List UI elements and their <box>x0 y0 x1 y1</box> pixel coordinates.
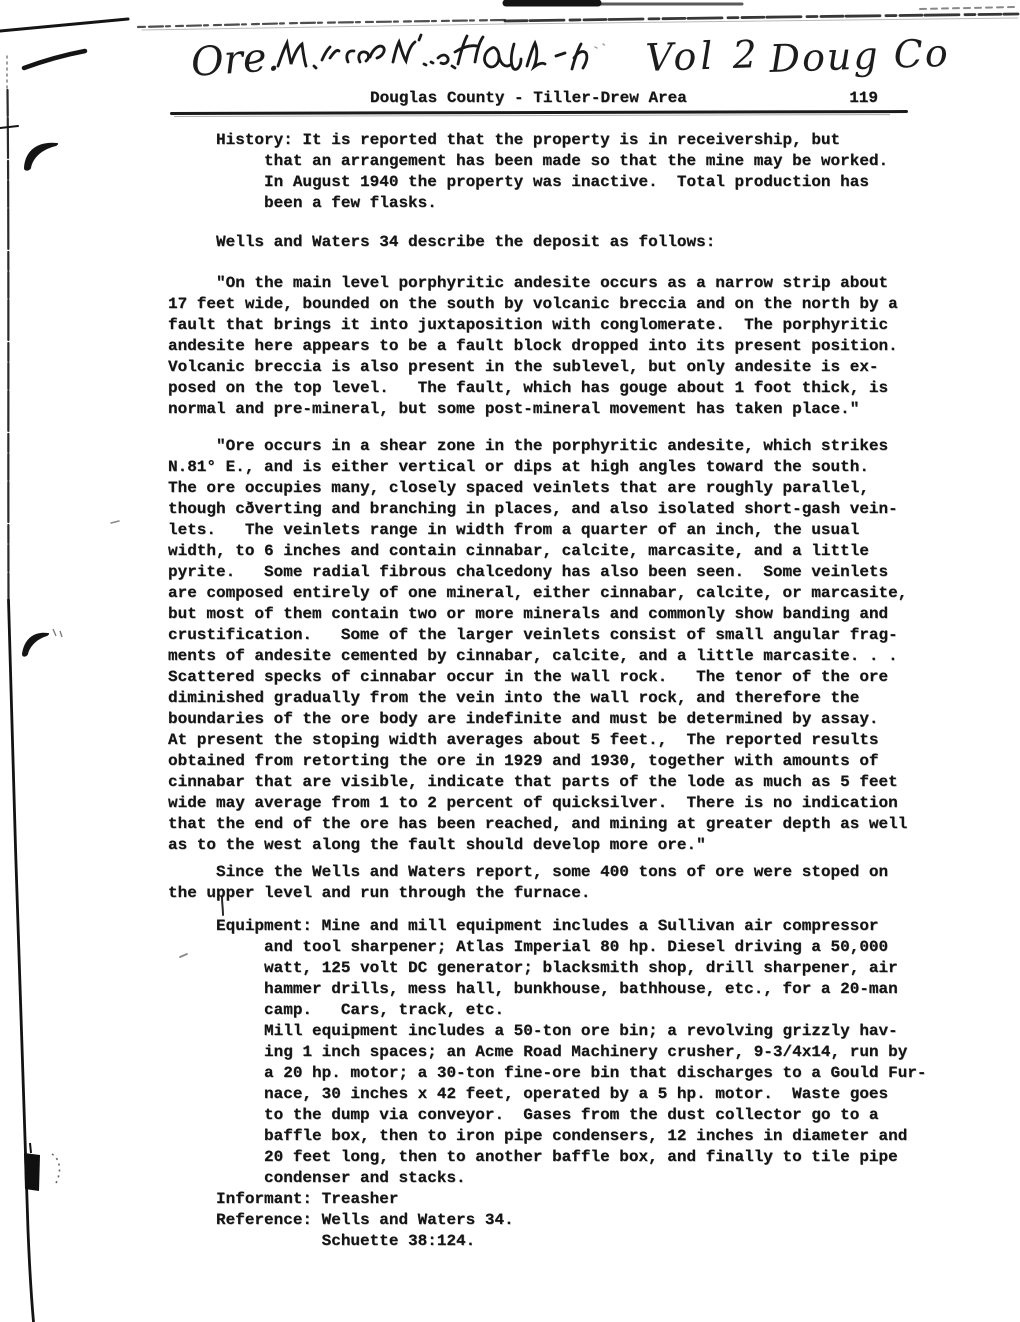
page-number: 119 <box>849 88 878 109</box>
quote-paragraph-geology: "On the main level porphyritic andesite … <box>168 273 958 420</box>
informant-line: Informant: Treasher <box>168 1189 958 1210</box>
handwritten-dash <box>24 51 85 68</box>
handwritten-scrawl <box>278 35 587 69</box>
left-edge-scan-line <box>0 56 119 1322</box>
handwritten-check-mark-middle <box>22 629 62 657</box>
quote-paragraph-ore: "Ore occurs in a shear zone in the porph… <box>168 436 958 856</box>
page-header: Douglas County - Tiller-Drew Area 119 <box>168 88 910 109</box>
ink-blob-mark <box>24 1143 59 1191</box>
top-edge-scan-streak <box>0 3 1018 31</box>
since-report-paragraph: Since the Wells and Waters report, some … <box>168 862 958 904</box>
wells-waters-intro: Wells and Waters 34 describe the deposit… <box>168 232 958 253</box>
handwritten-vol: Vol 2 <box>645 32 762 80</box>
handwritten-county: Doug Co <box>768 31 951 81</box>
equipment-paragraph: Equipment: Mine and mill equipment inclu… <box>168 916 958 1189</box>
history-paragraph: History: It is reported that the propert… <box>168 130 958 214</box>
scanned-document-page: Ore. Vol 2 Doug Co Do <box>0 0 1020 1322</box>
page-header-title: Douglas County - Tiller-Drew Area <box>370 88 687 109</box>
handwritten-check-mark-top <box>24 143 58 171</box>
handwritten-ore: Ore. <box>189 34 280 86</box>
header-underline <box>170 110 908 115</box>
document-body: History: It is reported that the propert… <box>168 130 958 1252</box>
reference-lines: Reference: Wells and Waters 34. Schuette… <box>168 1210 958 1252</box>
